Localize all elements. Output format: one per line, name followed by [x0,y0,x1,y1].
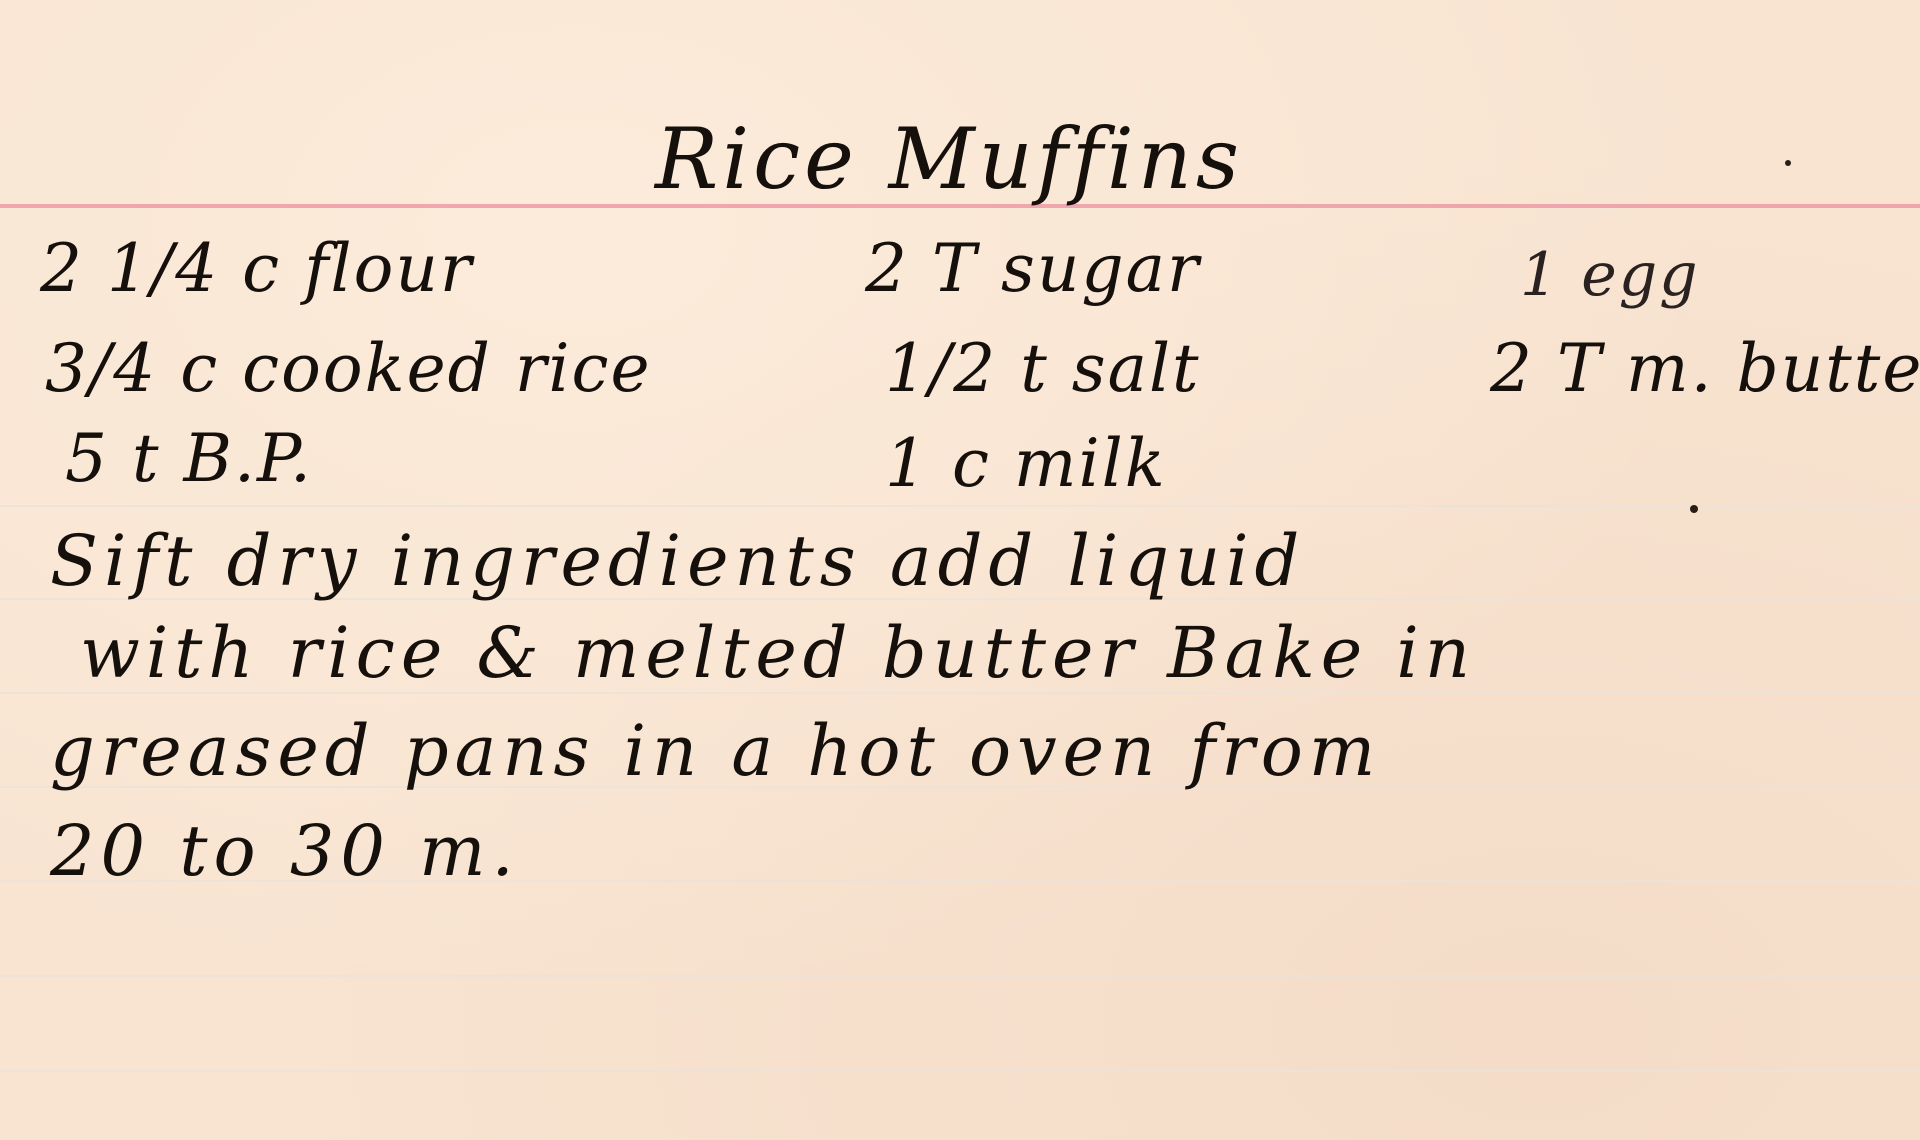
ink-speck [1785,160,1791,166]
instruction-line: Sift dry ingredients add liquid [50,520,1305,602]
instruction-line: 20 to 30 m. [50,810,520,892]
ingredient-qty: 1/2 t [885,330,1049,407]
ruled-line [0,975,1920,977]
ingredient-item: flour [304,230,473,307]
ingredient-qty: 3/4 c [45,330,219,407]
ingredient-flour: 2 1/4 c flour [40,230,473,307]
ingredient-item: egg [1581,240,1699,310]
ruled-line [0,1070,1920,1072]
instruction-line: greased pans in a hot oven from [50,710,1381,792]
ingredient-qty: 1 c [885,425,991,502]
ingredient-qty: 5 t [65,420,161,497]
ingredient-egg: 1 egg [1520,240,1700,310]
ingredient-milk: 1 c milk [885,425,1167,502]
ingredient-qty: 2 T [865,230,978,307]
ingredient-salt: 1/2 t salt [885,330,1201,407]
ingredient-qty: 2 T [1490,330,1603,407]
ingredient-qty: 1 [1520,240,1560,310]
ingredient-item: salt [1072,330,1201,407]
ingredient-sugar: 2 T sugar [865,230,1201,307]
ingredient-cooked-rice: 3/4 c cooked rice [45,330,652,407]
recipe-card: Rice Muffins 2 1/4 c flour 3/4 c cooked … [0,0,1920,1140]
ingredient-item: sugar [1001,230,1201,307]
ingredient-item: B.P. [183,420,313,497]
ingredient-item: milk [1014,425,1167,502]
recipe-title: Rice Muffins [655,110,1243,208]
ink-speck [1690,505,1698,513]
ingredient-butter: 2 T m. butter [1490,330,1920,407]
ingredient-qty: 2 1/4 c [40,230,281,307]
ingredient-baking-powder: 5 t B.P. [65,420,313,497]
ingredient-item: cooked rice [242,330,651,407]
ruled-line [0,505,1920,507]
ingredient-item: m. butter [1626,330,1920,407]
instruction-line: with rice & melted butter Bake in [80,612,1476,694]
